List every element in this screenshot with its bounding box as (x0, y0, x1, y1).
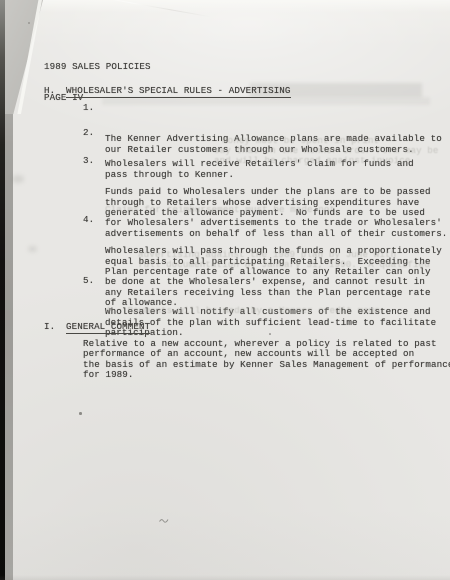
pen-squiggle-mark (159, 517, 169, 523)
item-number: 5. (83, 276, 94, 286)
section-i-title: GENERAL COMMENT (66, 322, 150, 334)
section-h-label: H. (44, 86, 66, 98)
section-h-heading: H. WHOLESALER'S SPECIAL RULES - ADVERTIS… (44, 86, 291, 98)
paragraph: Relative to a new account, wherever a po… (83, 339, 450, 381)
item-number: 2. (83, 128, 94, 138)
speck-mark (79, 412, 82, 415)
item-number: 3. (83, 156, 94, 166)
section-i-heading: I. GENERAL COMMENT (44, 322, 150, 334)
section-h-title: WHOLESALER'S SPECIAL RULES - ADVERTISING (66, 86, 291, 98)
section-i-label: I. (44, 322, 66, 334)
ghost-bleedthrough-text: full documentation by January 31, 1990. … (138, 260, 430, 270)
item-number: 4. (83, 215, 94, 225)
smudge-mark (12, 175, 24, 183)
ghost-bleedthrough-text: 4. Payments will be made by a Kenner cre… (105, 306, 386, 316)
speck-mark (28, 22, 30, 24)
ghost-bleedthrough-text: Claims for reimbursement must be made no… (105, 205, 335, 215)
smudge-mark (28, 246, 37, 252)
ghost-bleedthrough-text: and will be charged against invoice (214, 156, 410, 166)
paper-top-light (0, 0, 450, 12)
bottom-edge-shadow (0, 575, 450, 580)
page-title-line1: 1989 SALES POLICIES (44, 62, 151, 72)
item-number: 1. (83, 103, 94, 113)
scanned-document-page: { "page": { "header_line1": "1989 SALES … (0, 0, 450, 580)
speck-mark (269, 333, 271, 335)
